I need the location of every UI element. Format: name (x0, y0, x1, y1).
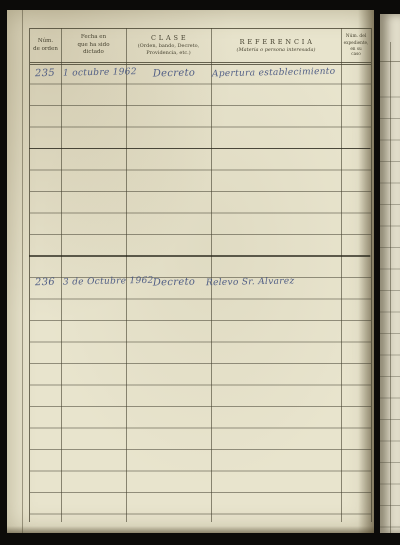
scanned-registry-page: Núm. de orden Fecha en que ha sido dicta… (0, 0, 400, 545)
adjacent-page-sliver (380, 14, 400, 533)
adjacent-page-column-line (390, 42, 391, 533)
header-fecha-title: Fecha en (81, 34, 106, 41)
header-fecha: Fecha en que ha sido dictado (61, 29, 126, 62)
heavy-row-line-1 (29, 148, 370, 150)
header-clase: C L A S E (Orden, bando, Decreto, Provid… (126, 29, 211, 62)
entry-1-num: 235 (30, 68, 60, 80)
entry-2-num: 236 (30, 277, 60, 289)
column-divider-1 (61, 28, 62, 522)
underlying-page-edge (22, 10, 23, 533)
column-divider-2 (126, 28, 127, 522)
adjacent-page-header-line (380, 61, 400, 62)
header-num-orden: Núm. de orden (30, 29, 61, 62)
header-num-orden-sub: de orden (33, 46, 58, 53)
table-header-row: Núm. de orden Fecha en que ha sido dicta… (30, 28, 371, 63)
header-referencia-title: R E F E R E N C I A (240, 38, 313, 47)
entry-1-clase: Decreto (140, 67, 208, 79)
header-referencia-sub: (Materia o persona interesada) (237, 47, 316, 54)
entry-1-fecha: 1 octubre 1962 (63, 67, 125, 78)
table-ruled-rows (30, 64, 371, 522)
header-num-expediente: Núm. del expediente, en su caso (341, 29, 371, 62)
column-divider-3 (211, 28, 212, 522)
header-clase-title: C L A S E (151, 34, 186, 43)
header-clase-sub: (Orden, bando, Decreto, Providencia, etc… (138, 43, 200, 57)
entry-2-clase: Decreto (140, 276, 208, 288)
entry-2-fecha: 3 de Octubre 1962 (63, 276, 125, 287)
header-num-expediente-sub: expediente, en su caso (344, 40, 369, 57)
header-num-orden-title: Núm. (38, 38, 53, 45)
header-fecha-sub: que ha sido dictado (77, 42, 109, 57)
column-divider-4 (341, 28, 342, 522)
header-referencia: R E F E R E N C I A (Materia o persona i… (211, 29, 341, 62)
heavy-row-line-2 (29, 255, 370, 257)
